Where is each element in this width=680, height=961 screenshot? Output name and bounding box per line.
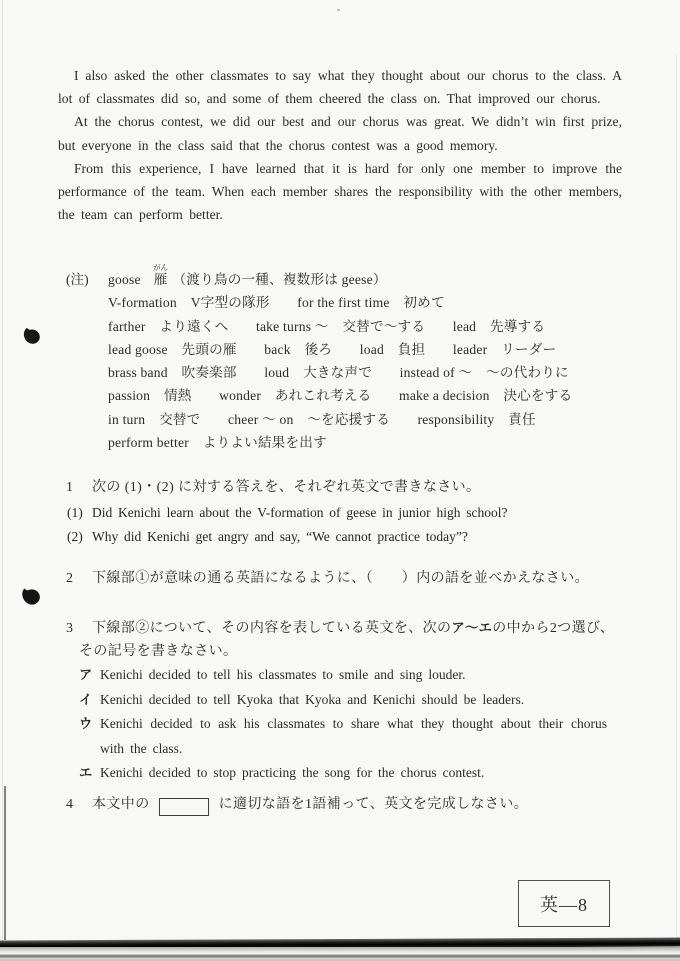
passage-paragraph-3: From this experience, I have learned tha… — [58, 157, 622, 227]
reading-passage: I also asked the other classmates to say… — [58, 64, 622, 226]
page-left-edge-dark-segment — [4, 786, 6, 940]
page-number-box: 英―8 — [518, 880, 610, 927]
question-2-text: 下線部①が意味の通る英語になるように、（ ）内の語を並べかえなさい。 — [92, 567, 589, 590]
question-4: 4 本文中の に適切な語を1語補って、英文を完成しなさい。 — [66, 793, 528, 816]
note-goose-gloss: （渡り鳥の一種、複数形は geese） — [173, 272, 387, 287]
question-3-number: 3 — [66, 621, 92, 637]
choice-i-marker: イ — [79, 689, 100, 708]
page-left-edge-line — [2, 0, 3, 947]
scanned-exam-page: I also asked the other classmates to say… — [0, 0, 680, 961]
question-3-text-line1: 下線部②について、その内容を表している英文を、次のア～エの中から2つ選び、 — [92, 616, 614, 640]
note-goose-ruby: 雁がん — [154, 272, 168, 287]
question-3-choices: ア Kenichi decided to tell his classmates… — [79, 663, 607, 786]
question-4-text-after: に適切な語を1語補って、英文を完成しなさい。 — [219, 793, 529, 816]
question-3-text-line2-wrap: その記号を書きなさい。 — [79, 640, 237, 663]
question-1-sub-2: (2) Why did Kenichi get angry and say, “… — [67, 525, 468, 548]
page-number-label: 英―8 — [540, 891, 588, 917]
question-4-number: 4 — [66, 797, 92, 813]
choice-i: イ Kenichi decided to tell Kyoka that Kyo… — [79, 688, 607, 713]
passage-paragraph-2: At the chorus contest, we did our best a… — [58, 110, 622, 156]
note-line: brass band 吹奏楽部 loud 大きな声で instead of ～ … — [108, 361, 622, 384]
note-line: V-formation V字型の隊形 for the first time 初め… — [108, 291, 622, 314]
scan-bottom-strip — [0, 947, 680, 961]
choice-a-text: Kenichi decided to tell his classmates t… — [100, 663, 607, 688]
ink-blot-shape — [20, 586, 43, 609]
note-line: farther より遠くへ take turns ～ 交替で～する lead 先… — [108, 315, 622, 338]
choice-e-text: Kenichi decided to stop practicing the s… — [100, 761, 607, 786]
ink-blot-mark-lower — [20, 586, 43, 609]
choice-u-marker: ウ — [79, 713, 100, 732]
question-1-text: 次の (1)・(2) に対する答えを、それぞれ英文で書きなさい。 — [92, 476, 480, 499]
question-1-number: 1 — [66, 480, 92, 496]
question-1: 1 次の (1)・(2) に対する答えを、それぞれ英文で書きなさい。 — [66, 476, 480, 499]
question-4-text-before: 本文中の — [92, 793, 150, 816]
passage-paragraph-1: I also asked the other classmates to say… — [58, 64, 622, 110]
ink-blot-mark-upper — [22, 327, 41, 346]
question-3-text-bold: ア～エ — [451, 620, 492, 635]
note-line-goose: goose雁がん（渡り鳥の一種、複数形は geese） — [108, 268, 622, 291]
note-line: lead goose 先頭の雁 back 後ろ load 負担 leader リ… — [108, 338, 622, 361]
choice-i-text: Kenichi decided to tell Kyoka that Kyoka… — [100, 688, 607, 713]
note-line: passion 情熱 wonder あれこれ考える make a decisio… — [108, 384, 622, 407]
vocabulary-notes: (注) goose雁がん（渡り鳥の一種、複数形は geese） V-format… — [66, 268, 622, 454]
question-1-sub-1: (1) Did Kenichi learn about the V-format… — [67, 501, 508, 524]
choice-e: エ Kenichi decided to stop practicing the… — [79, 761, 607, 786]
notes-content: goose雁がん（渡り鳥の一種、複数形は geese） V-formation … — [108, 268, 622, 454]
note-line: perform better よりよい結果を出す — [108, 431, 622, 454]
question-1-sub-1-text: Did Kenichi learn about the V-formation … — [92, 501, 508, 524]
question-2: 2 下線部①が意味の通る英語になるように、（ ）内の語を並べかえなさい。 — [66, 567, 589, 590]
question-3: 3 下線部②について、その内容を表している英文を、次のア～エの中から2つ選び、 — [66, 616, 614, 640]
notes-label: (注) — [66, 268, 108, 291]
page-right-edge-line — [676, 55, 677, 940]
choice-a: ア Kenichi decided to tell his classmates… — [79, 663, 607, 688]
choice-u-text: Kenichi decided to ask his classmates to… — [100, 712, 607, 761]
ink-blot-shape — [22, 327, 41, 346]
question-3-text-pre: 下線部②について、その内容を表している英文を、次の — [92, 621, 451, 636]
choice-u: ウ Kenichi decided to ask his classmates … — [79, 712, 607, 761]
note-goose-word: goose — [108, 272, 141, 287]
question-1-sub-2-number: (2) — [67, 529, 92, 545]
question-3-text-post: の中から2つ選び、 — [492, 621, 614, 636]
note-line: in turn 交替で cheer ～ on ～を応援する responsibi… — [108, 408, 622, 431]
choice-a-marker: ア — [79, 664, 100, 683]
scan-speck — [337, 9, 340, 11]
note-goose-kanji: 雁 — [154, 272, 168, 287]
question-1-sub-1-number: (1) — [67, 505, 92, 521]
question-3-text-line2: その記号を書きなさい。 — [79, 644, 237, 659]
question-1-sub-2-text: Why did Kenichi get angry and say, “We c… — [92, 525, 468, 548]
choice-e-marker: エ — [79, 762, 100, 781]
question-2-number: 2 — [66, 571, 92, 587]
note-goose-furigana: がん — [153, 264, 168, 272]
answer-blank-box — [159, 798, 209, 816]
